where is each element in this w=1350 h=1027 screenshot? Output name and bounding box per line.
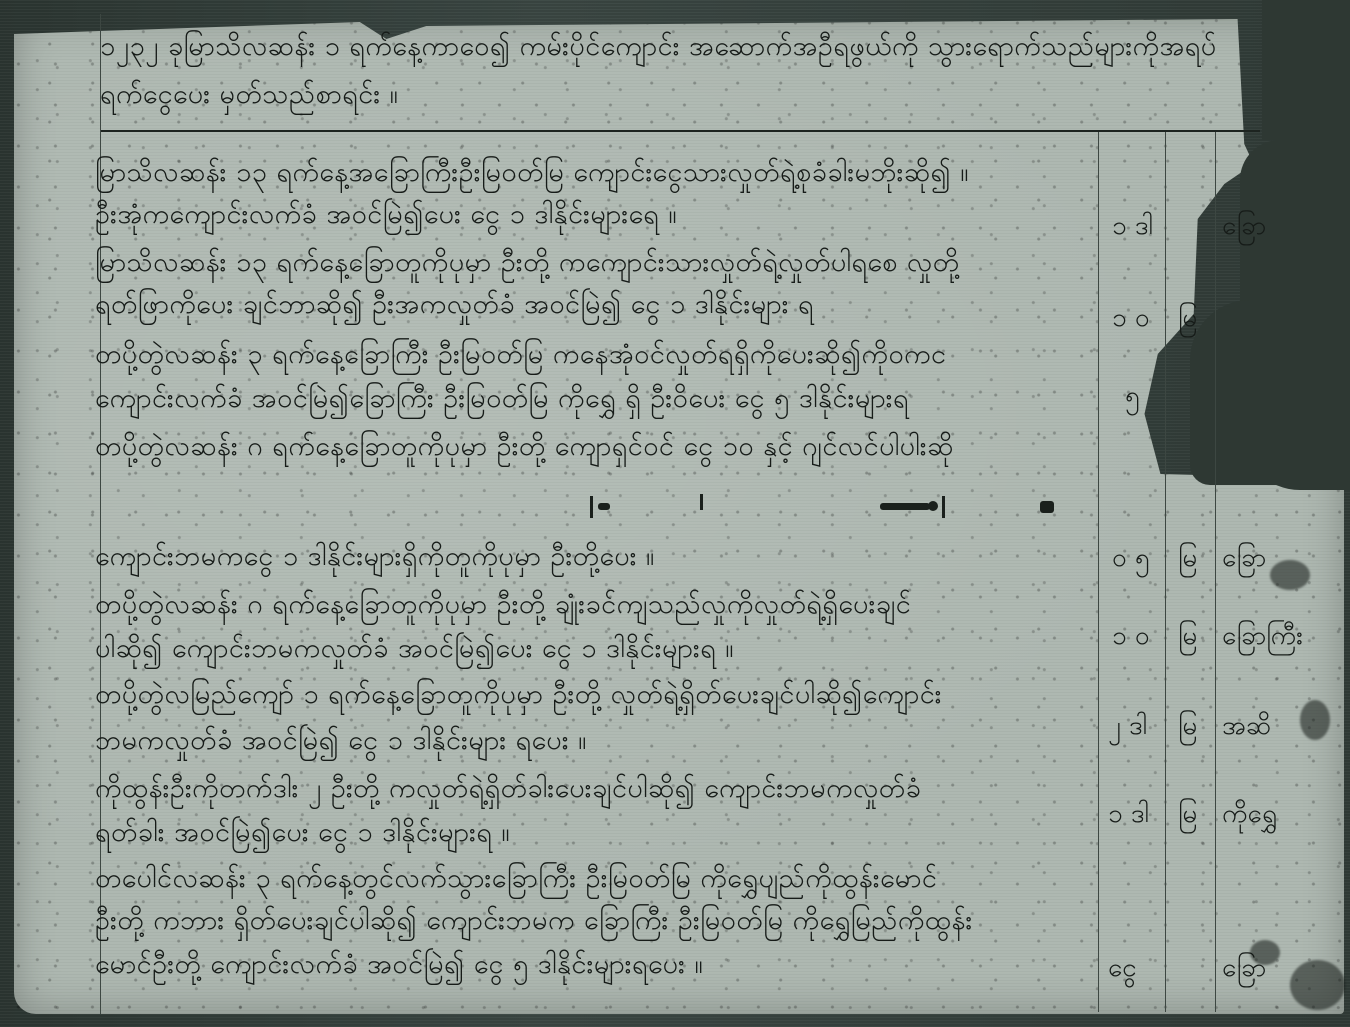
- torn-region: [1262, 0, 1350, 140]
- body-line-5: တပို့တွဲလဆန်း ၃ ရက်နေ့ခြောကြီး ဦးမြဝတ်မြ…: [95, 338, 947, 372]
- ledger-amount: ၅: [1125, 378, 1140, 417]
- ledger-name: အဆိ: [1222, 708, 1271, 747]
- separator-ornament-bar: [880, 503, 930, 510]
- header-line-2: ရက်ငွေပေး မှတ်သည်စာရင်း ။: [100, 78, 398, 112]
- ledger-column-rule-2: [1165, 132, 1166, 1012]
- body-line-17: မောင်ဦးတို့ ကျောင်းလက်ခံ အဝင်မြဲ၍ ငွေ ၅ …: [95, 948, 703, 982]
- ledger-name: ခြောကြီး: [1222, 618, 1303, 657]
- ink-stain: [1300, 700, 1330, 740]
- ledger-amount: ဝ ၅: [1112, 540, 1150, 579]
- ledger-unit: မြ: [1178, 540, 1197, 579]
- separator-ornament-knob: [928, 501, 938, 511]
- body-line-7: တပို့တွဲလဆန်း ဂ ရက်နေ့ခြောတူကိုပုမှာ ဦးတ…: [95, 430, 954, 464]
- body-line-4: ရတ်ဖြာကိုပေး ချင်ဘာဆို၍ ဦးအကလှုတ်ခံ အဝင်…: [95, 288, 814, 322]
- ink-stain: [1270, 560, 1310, 590]
- body-line-9: တပို့တွဲလဆန်း ဂ ရက်နေ့ခြောတူကိုပုမှာ ဦးတ…: [95, 588, 911, 622]
- header-divider: [100, 130, 1260, 132]
- ledger-amount: ငွေ: [1108, 950, 1137, 989]
- body-line-1: မြာသိလဆန်း ၁၃ ရက်နေ့အခြောကြီးဦးမြဝတ်မြ က…: [95, 156, 969, 190]
- separator-dash: [598, 503, 610, 510]
- ink-stain: [1290, 960, 1345, 1010]
- section-separator: [590, 492, 1070, 522]
- body-line-2: ဦးအုံကကျောင်းလက်ခံ အဝင်မြဲ၍ပေး ငွေ ၁ ဒါန…: [95, 198, 677, 232]
- ledger-amount: ၁ ဝ: [1112, 618, 1150, 657]
- body-line-8: ကျောင်းဘမကငွေ ၁ ဒါနိုင်းများရှိကိုတူကိုပ…: [95, 540, 655, 574]
- body-line-10: ပါဆို၍ ကျောင်းဘမကလှုတ်ခံ အဝင်မြဲ၍ပေး ငွေ…: [95, 632, 734, 666]
- separator-tick: [700, 494, 703, 510]
- body-line-14: ရတ်ခါး အဝင်မြဲ၍ပေး ငွေ ၁ ဒါနိုင်းများရ ။: [95, 816, 510, 850]
- separator-mark: [1040, 501, 1054, 513]
- ledger-unit: မြ: [1178, 618, 1197, 657]
- ledger-unit: မြ: [1178, 300, 1197, 339]
- body-line-11: တပို့တွဲလမြည်ကျော် ၁ ရက်နေ့ခြောတူကိုပုမှ…: [95, 678, 942, 712]
- header-line-1: ၁၂၃၂ ခုမြာသိလဆန်း ၁ ရက်နေ့ကာဝေ၍ ကမ်းပိုင…: [100, 30, 1217, 64]
- ledger-column-rule-3: [1215, 132, 1216, 1012]
- ledger-unit: မြ: [1178, 708, 1197, 747]
- body-line-12: ဘမကလှုတ်ခံ အဝင်မြဲ၍ ငွေ ၁ ဒါနိုင်းများ ရ…: [95, 724, 587, 758]
- separator-tick: [590, 496, 593, 518]
- ledger-amount: ၁ ဒါ: [1112, 208, 1153, 247]
- ledger-column-rule-1: [1098, 132, 1099, 1012]
- ledger-amount: ၁ ဝ: [1112, 300, 1150, 339]
- body-line-13: ကိုထွန်းဦးကိုတက်ဒါး ၂ ဦးတို့ ကလှုတ်ရဲ့ရှ…: [95, 772, 921, 806]
- ink-stain: [1250, 940, 1280, 965]
- torn-region: [1190, 300, 1350, 485]
- ledger-amount: ၁ ဒါ: [1108, 796, 1149, 835]
- ledger-name: ခြော: [1222, 208, 1266, 247]
- body-line-3: မြာသိလဆန်း ၁၃ ရက်နေ့ခြောတူကိုပုမှာ ဦးတို…: [95, 246, 960, 280]
- body-line-6: ကျောင်းလက်ခံ အဝင်မြဲ၍ခြောကြီး ဦးမြဝတ်မြ …: [95, 382, 909, 416]
- ledger-name: ကိုရွှေ: [1222, 796, 1277, 835]
- ledger-amount: ၂ ဒါ: [1108, 708, 1147, 747]
- ledger-name: ခြော: [1222, 540, 1266, 579]
- ledger-unit: မြ: [1178, 796, 1197, 835]
- separator-tick: [942, 496, 945, 518]
- body-line-16: ဦးတို့ ကဘား ရှိတ်ပေးချင်ပါဆို၍ ကျောင်းဘမ…: [95, 904, 973, 938]
- body-line-15: တပေါင်လဆန်း ၃ ရက်နေ့တွင်လက်သွားခြောကြီး …: [95, 862, 937, 896]
